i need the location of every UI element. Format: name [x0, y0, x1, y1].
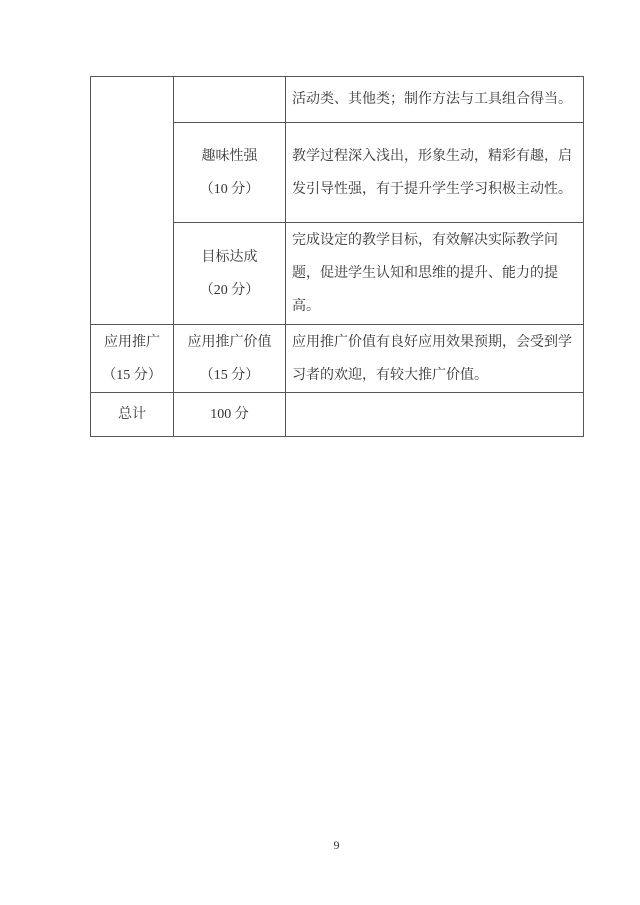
category-score: （15 分）: [93, 359, 171, 392]
category-cell-continued: [91, 77, 174, 325]
description-cell: 教学过程深入浅出，形象生动，精彩有趣，启发引导性强，有于提升学生学习积极主动性。: [286, 123, 584, 223]
table-row: 活动类、其他类；制作方法与工具组合得当。: [91, 77, 584, 123]
description-cell: 完成设定的教学目标，有效解决实际教学问题，促进学生认知和思维的提升、能力的提高。: [286, 223, 584, 325]
indicator-cell: 目标达成 （20 分）: [174, 223, 286, 325]
indicator-score: （10 分）: [176, 173, 283, 206]
table-row: 总计 100 分: [91, 393, 584, 437]
description-cell: 应用推广价值有良好应用效果预期，会受到学习者的欢迎，有较大推广价值。: [286, 325, 584, 393]
description-cell: 活动类、其他类；制作方法与工具组合得当。: [286, 77, 584, 123]
page-number: 9: [90, 838, 583, 853]
indicator-name: 趣味性强: [176, 140, 283, 173]
category-name: 应用推广: [93, 326, 171, 359]
indicator-cell: 应用推广价值 （15 分）: [174, 325, 286, 393]
indicator-cell-continued: [174, 77, 286, 123]
description-cell-empty: [286, 393, 584, 437]
evaluation-rubric-table: 活动类、其他类；制作方法与工具组合得当。 趣味性强 （10 分） 教学过程深入浅…: [90, 76, 584, 437]
indicator-score: （20 分）: [176, 274, 283, 307]
indicator-score: （15 分）: [176, 359, 283, 392]
document-page: 活动类、其他类；制作方法与工具组合得当。 趣味性强 （10 分） 教学过程深入浅…: [0, 0, 640, 905]
total-score-cell: 100 分: [174, 393, 286, 437]
category-cell: 应用推广 （15 分）: [91, 325, 174, 393]
indicator-name: 应用推广价值: [176, 326, 283, 359]
indicator-name: 目标达成: [176, 241, 283, 274]
indicator-cell: 趣味性强 （10 分）: [174, 123, 286, 223]
table-row: 应用推广 （15 分） 应用推广价值 （15 分） 应用推广价值有良好应用效果预…: [91, 325, 584, 393]
total-label-cell: 总计: [91, 393, 174, 437]
